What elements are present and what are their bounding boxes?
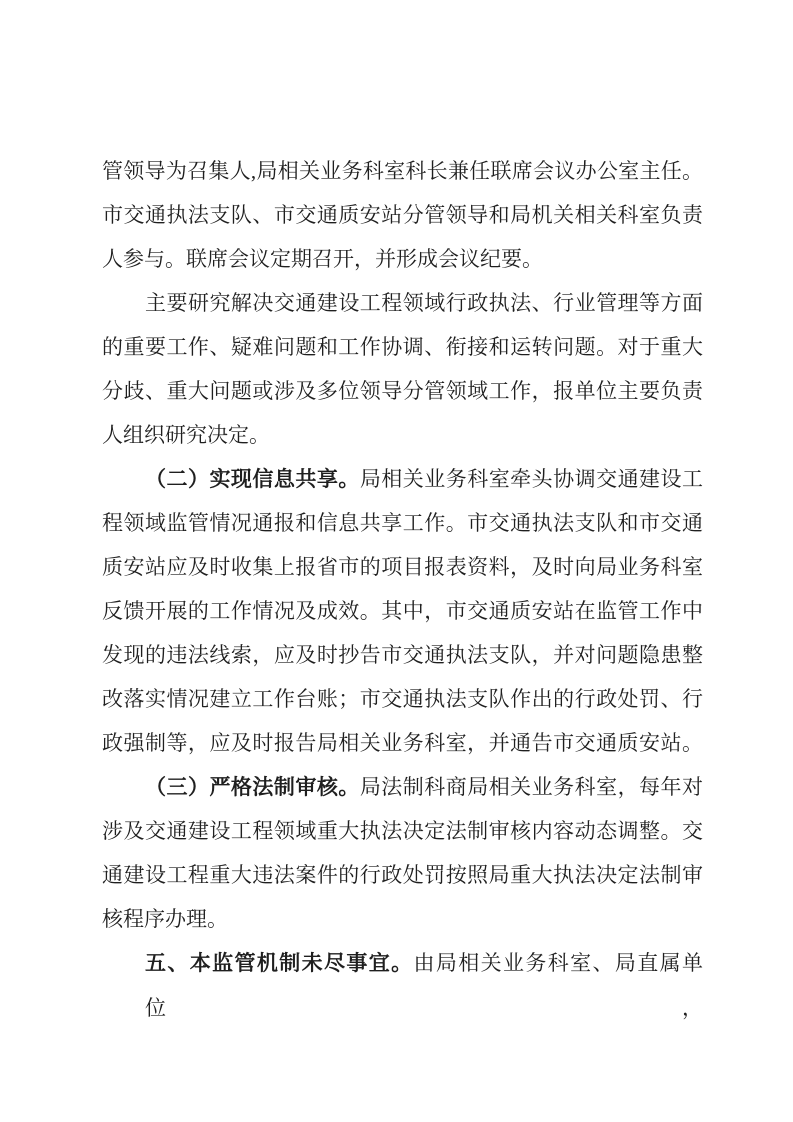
text-line: 通建设工程重大违法案件的行政处罚按照局重大执法决定法制审 xyxy=(102,853,703,897)
text-run: 的重要工作、疑难问题和工作协调、衔接和运转问题。对于重大 xyxy=(102,335,703,359)
text-run: 改落实情况建立工作台账；市交通执法支队作出的行政处罚、行 xyxy=(102,687,703,711)
text-line: 改落实情况建立工作台账；市交通执法支队作出的行政处罚、行 xyxy=(102,677,703,721)
text-run: 通建设工程重大违法案件的行政处罚按照局重大执法决定法制审 xyxy=(102,863,703,887)
text-run: 市交通执法支队、市交通质安站分管领导和局机关相关科室负责 xyxy=(102,203,703,227)
text-run: 主要研究解决交通建设工程领域行政执法、行业管理等方面 xyxy=(145,291,703,315)
text-run: 人组织研究决定。 xyxy=(102,423,270,447)
text-run: 分歧、重大问题或涉及多位领导分管领域工作，报单位主要负责 xyxy=(102,379,703,403)
heading-run: 五、本监管机制未尽事宜。 xyxy=(145,952,414,975)
heading-run: （三）严格法制审核。 xyxy=(145,776,360,799)
text-line: 主要研究解决交通建设工程领域行政执法、行业管理等方面 xyxy=(102,281,703,325)
text-run: 政强制等，应及时报告局相关业务科室，并通告市交通质安站。 xyxy=(102,731,703,755)
text-run: 人参与。联席会议定期召开，并形成会议纪要。 xyxy=(102,247,543,271)
text-line: 管领导为召集人,局相关业务科室科长兼任联席会议办公室主任。 xyxy=(102,149,703,193)
text-line: 人参与。联席会议定期召开，并形成会议纪要。 xyxy=(102,237,703,281)
text-line: 市交通执法支队、市交通质安站分管领导和局机关相关科室负责 xyxy=(102,193,703,237)
document-body-text: 管领导为召集人,局相关业务科室科长兼任联席会议办公室主任。市交通执法支队、市交通… xyxy=(102,149,703,985)
text-run: 局相关业务科室牵头协调交通建设工 xyxy=(360,467,703,491)
text-line: （二）实现信息共享。局相关业务科室牵头协调交通建设工 xyxy=(102,457,703,501)
text-run: 程领域监管情况通报和信息共享工作。市交通执法支队和市交通 xyxy=(102,511,703,535)
text-line: 反馈开展的工作情况及成效。其中，市交通质安站在监管工作中 xyxy=(102,589,703,633)
text-line: 分歧、重大问题或涉及多位领导分管领域工作，报单位主要负责 xyxy=(102,369,703,413)
text-run: 核程序办理。 xyxy=(102,907,228,931)
text-run: 反馈开展的工作情况及成效。其中，市交通质安站在监管工作中 xyxy=(102,599,703,623)
heading-run: （二）实现信息共享。 xyxy=(145,468,360,491)
text-line: （三）严格法制审核。局法制科商局相关业务科室，每年对 xyxy=(102,765,703,809)
document-page: 管领导为召集人,局相关业务科室科长兼任联席会议办公室主任。市交通执法支队、市交通… xyxy=(0,0,793,1122)
text-line: 质安站应及时收集上报省市的项目报表资料，及时向局业务科室 xyxy=(102,545,703,589)
text-run: 管领导为召集人,局相关业务科室科长兼任联席会议办公室主任。 xyxy=(102,159,703,183)
text-line: 涉及交通建设工程领域重大执法决定法制审核内容动态调整。交 xyxy=(102,809,703,853)
text-line: 的重要工作、疑难问题和工作协调、衔接和运转问题。对于重大 xyxy=(102,325,703,369)
text-run: 涉及交通建设工程领域重大执法决定法制审核内容动态调整。交 xyxy=(102,819,703,843)
text-line: 发现的违法线索，应及时抄告市交通执法支队，并对问题隐患整 xyxy=(102,633,703,677)
text-run: 发现的违法线索，应及时抄告市交通执法支队，并对问题隐患整 xyxy=(102,643,703,667)
text-line: 程领域监管情况通报和信息共享工作。市交通执法支队和市交通 xyxy=(102,501,703,545)
text-run: 质安站应及时收集上报省市的项目报表资料，及时向局业务科室 xyxy=(102,555,703,579)
text-line: 人组织研究决定。 xyxy=(102,413,703,457)
text-line: 核程序办理。 xyxy=(102,897,703,941)
text-line: 政强制等，应及时报告局相关业务科室，并通告市交通质安站。 xyxy=(102,721,703,765)
text-line: 五、本监管机制未尽事宜。由局相关业务科室、局直属单位， xyxy=(102,941,703,985)
text-run: 局法制科商局相关业务科室，每年对 xyxy=(360,775,703,799)
